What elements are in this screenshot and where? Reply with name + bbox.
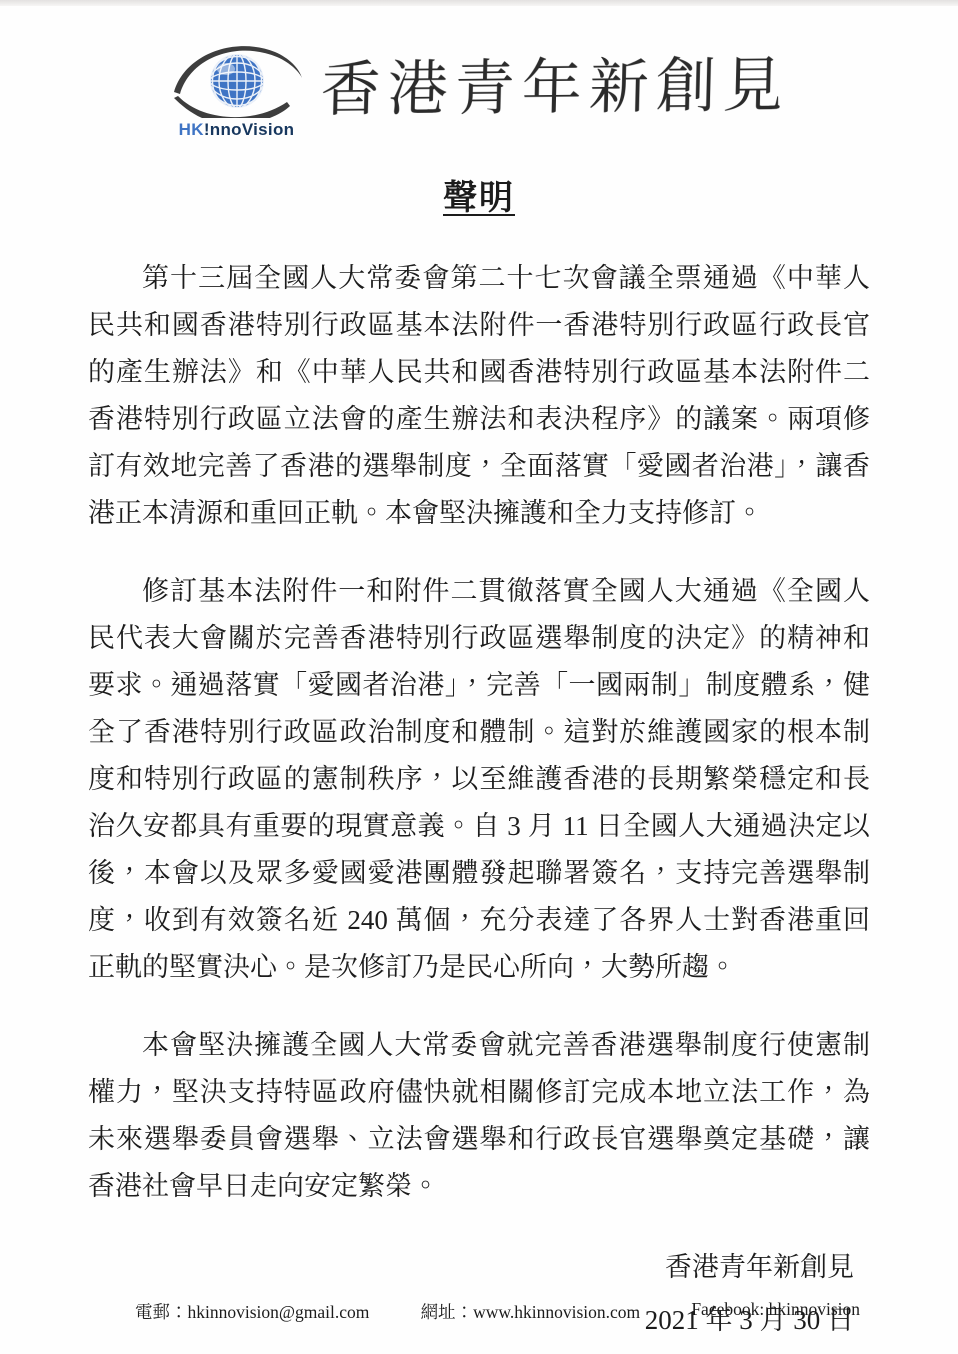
signature-org: 香港青年新創見 xyxy=(0,1241,854,1294)
logo-wordmark-hk: HK xyxy=(179,120,204,139)
logo-wordmark-rest: !nnoVision xyxy=(204,120,295,139)
document-title-text: 聲明 xyxy=(443,180,515,217)
logo-wordmark: HK!nnoVision xyxy=(169,120,305,140)
paragraph-2: 修訂基本法附件一和附件二貫徹落實全國人大通過《全國人民代表大會關於完善香港特別行… xyxy=(88,568,870,991)
footer-website-value: www.hkinnovision.com xyxy=(473,1302,640,1322)
contact-footer: 電郵：hkinnovision@gmail.com 網址：www.hkinnov… xyxy=(0,1299,958,1324)
letterhead: HK!nnoVision 香港青年新創見 xyxy=(0,0,958,140)
paragraph-3: 本會堅決擁護全國人大常委會就完善香港選舉制度行使憲制權力，堅決支持特區政府儘快就… xyxy=(88,1022,870,1210)
document-page: HK!nnoVision 香港青年新創見 聲明 第十三屆全國人大常委會第二十七次… xyxy=(0,0,958,1354)
eye-globe-logo-icon xyxy=(169,40,305,118)
calligraphy-org-name: 香港青年新創見 xyxy=(320,38,791,121)
footer-email: 電郵：hkinnovision@gmail.com xyxy=(135,1299,369,1324)
signature-block: 香港青年新創見 2021 年 3 月 30 日 xyxy=(0,1241,958,1347)
footer-website: 網址：www.hkinnovision.com xyxy=(421,1299,641,1324)
footer-email-label: 電郵： xyxy=(135,1302,188,1322)
statement-body: 第十三屆全國人大常委會第二十七次會議全票通過《中華人民共和國香港特別行政區基本法… xyxy=(88,255,870,1210)
footer-facebook-label: Facebook: xyxy=(691,1299,768,1319)
hkinnovision-logo: HK!nnoVision xyxy=(169,40,305,140)
footer-facebook: Facebook: hkinnovision xyxy=(691,1299,860,1324)
footer-website-label: 網址： xyxy=(421,1302,474,1322)
paragraph-1: 第十三屆全國人大常委會第二十七次會議全票通過《中華人民共和國香港特別行政區基本法… xyxy=(88,255,870,537)
footer-email-value: hkinnovision@gmail.com xyxy=(188,1302,370,1322)
document-title: 聲明 xyxy=(0,170,958,219)
footer-facebook-value: hkinnovision xyxy=(769,1299,860,1319)
